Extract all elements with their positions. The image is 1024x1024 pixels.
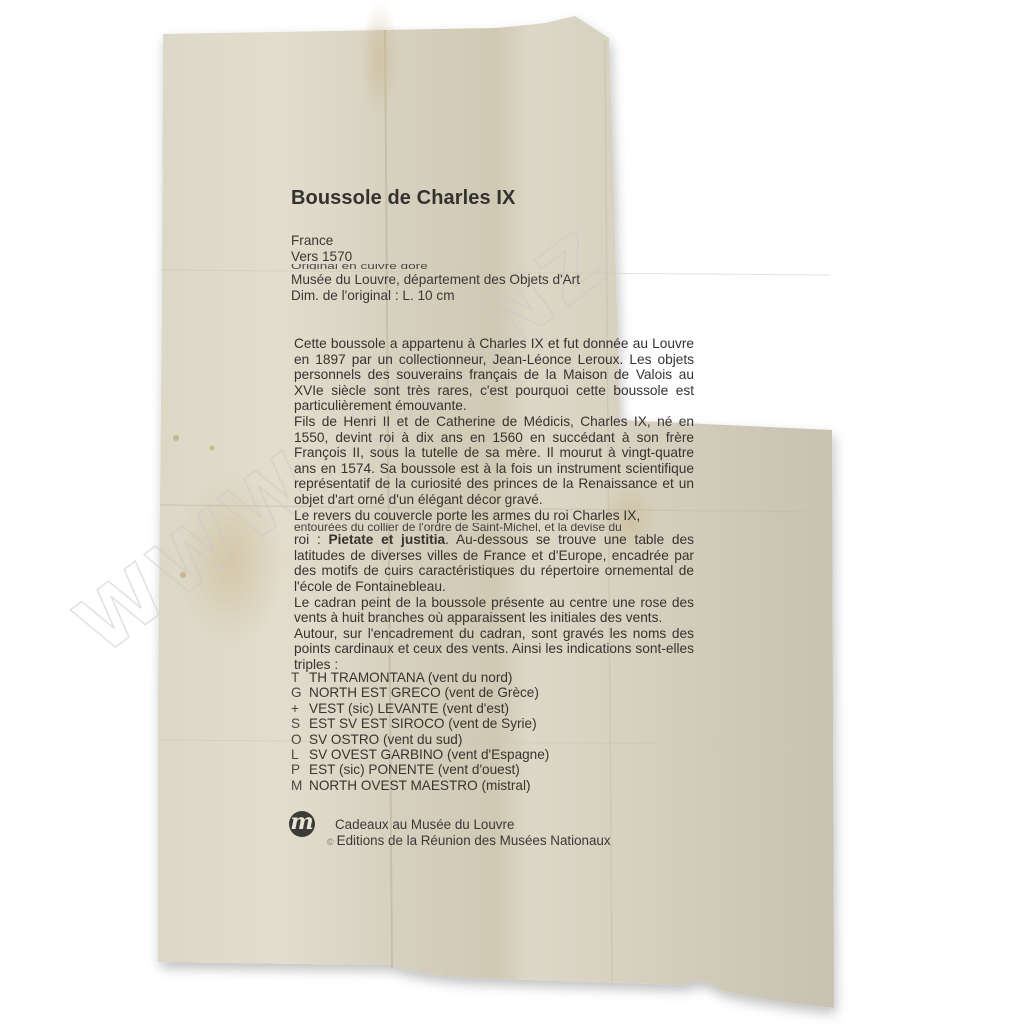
copyright-icon: © bbox=[327, 837, 334, 847]
wind-text: TH TRAMONTANA (vent du nord) bbox=[309, 670, 512, 685]
wind-letter: O bbox=[291, 732, 309, 747]
wind-text: SV OSTRO (vent du sud) bbox=[309, 732, 462, 747]
wind-letter: + bbox=[291, 701, 309, 716]
wind-row: LSV OVEST GARBINO (vent d'Espagne) bbox=[291, 747, 549, 762]
footer-line1: Cadeaux au Musée du Louvre bbox=[335, 817, 611, 833]
wind-row: MNORTH OVEST MAESTRO (mistral) bbox=[291, 778, 549, 793]
wind-row: OSV OSTRO (vent du sud) bbox=[291, 732, 549, 747]
rmn-logo-icon: m bbox=[289, 811, 315, 837]
wind-letter: P bbox=[291, 762, 309, 777]
wind-text: EST SV EST SIROCO (vent de Syrie) bbox=[309, 716, 537, 731]
document-meta: France Vers 1570 Original en cuivre doré… bbox=[291, 233, 580, 303]
paragraph-dial: Le cadran peint de la boussole présente … bbox=[294, 595, 694, 626]
wind-letter: T bbox=[291, 670, 309, 685]
wind-text: NORTH OVEST MAESTRO (mistral) bbox=[309, 778, 531, 793]
wind-letter: S bbox=[291, 716, 309, 731]
document-body: Cette boussole a appartenu à Charles IX … bbox=[294, 336, 694, 672]
wind-row: +VEST (sic) LEVANTE (vent d'est) bbox=[291, 701, 549, 716]
wind-text: EST (sic) PONENTE (vent d'ouest) bbox=[309, 762, 520, 777]
paragraph-lid-line2: entourées du collier de l'ordre de Saint… bbox=[294, 523, 694, 532]
wind-row: GNORTH EST GRECO (vent de Grèce) bbox=[291, 685, 549, 700]
footer-line2-wrap: ©Editions de la Réunion des Musées Natio… bbox=[327, 833, 611, 851]
meta-dimensions: Dim. de l'original : L. 10 cm bbox=[291, 288, 580, 304]
meta-origin: France bbox=[291, 233, 580, 249]
paragraph-lid-line1: Le revers du couvercle porte les armes d… bbox=[294, 508, 640, 523]
meta-date: Vers 1570 bbox=[291, 249, 580, 265]
paragraph-provenance: Cette boussole a appartenu à Charles IX … bbox=[294, 336, 694, 414]
wind-letter: M bbox=[291, 778, 309, 793]
meta-collection: Musée du Louvre, département des Objets … bbox=[291, 272, 580, 288]
paragraph-biography: Fils de Henri II et de Catherine de Médi… bbox=[294, 414, 694, 508]
motto: Pietate et justitia bbox=[329, 532, 446, 547]
wind-row: SEST SV EST SIROCO (vent de Syrie) bbox=[291, 716, 549, 731]
wind-text: VEST (sic) LEVANTE (vent d'est) bbox=[309, 701, 509, 716]
wind-text: SV OVEST GARBINO (vent d'Espagne) bbox=[309, 747, 549, 762]
publisher-footer: Cadeaux au Musée du Louvre ©Editions de … bbox=[335, 817, 611, 850]
wind-row: PEST (sic) PONENTE (vent d'ouest) bbox=[291, 762, 549, 777]
paragraph-frame: Autour, sur l'encadrement du cadran, son… bbox=[294, 626, 694, 673]
winds-list: TTH TRAMONTANA (vent du nord) GNORTH EST… bbox=[291, 670, 549, 793]
wind-text: NORTH EST GRECO (vent de Grèce) bbox=[309, 685, 539, 700]
document-content: Boussole de Charles IX France Vers 1570 … bbox=[0, 0, 1024, 1024]
document-title: Boussole de Charles IX bbox=[291, 187, 516, 210]
wind-letter: G bbox=[291, 685, 309, 700]
wind-row: TTH TRAMONTANA (vent du nord) bbox=[291, 670, 549, 685]
paragraph-lid-prefix: roi : bbox=[294, 532, 329, 547]
footer-line2: Editions de la Réunion des Musées Nation… bbox=[337, 833, 611, 848]
meta-material: Original en cuivre doré bbox=[291, 264, 580, 270]
wind-letter: L bbox=[291, 747, 309, 762]
paragraph-lid: Le revers du couvercle porte les armes d… bbox=[294, 508, 694, 595]
